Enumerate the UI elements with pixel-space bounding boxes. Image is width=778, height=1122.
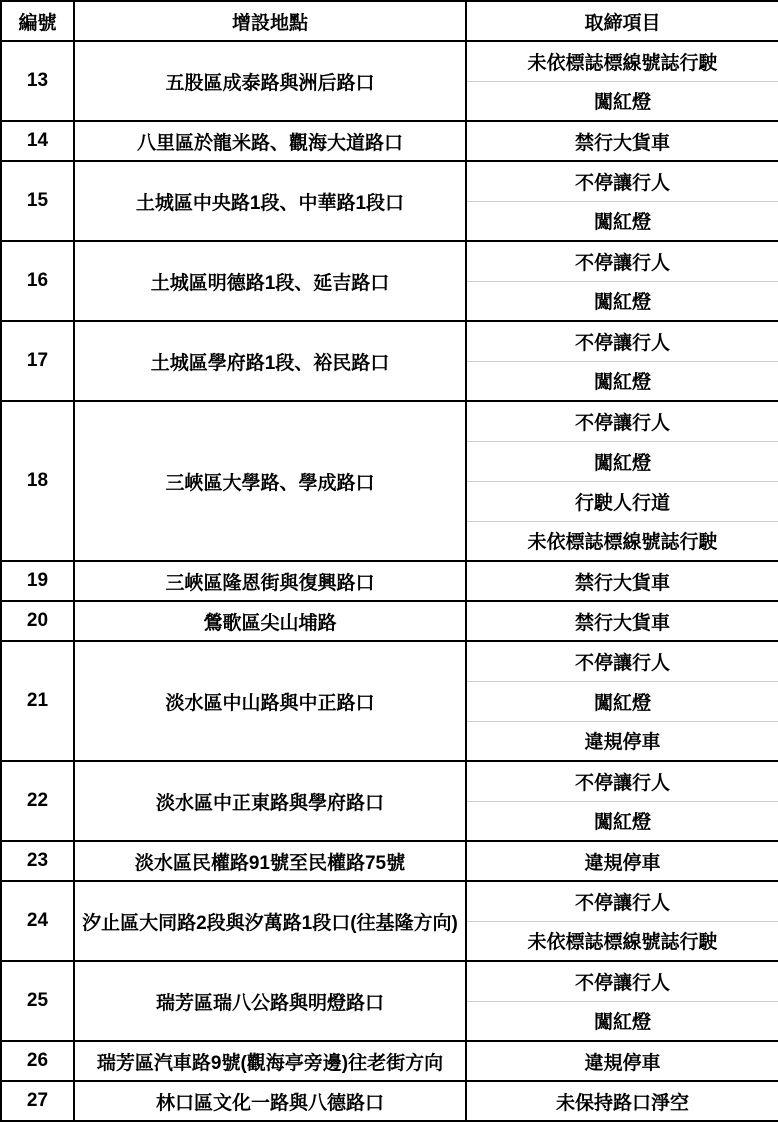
row-number-cell: 17 <box>1 321 74 401</box>
location-cell: 瑞芳區汽車路9號(觀海亭旁邊)往老街方向 <box>74 1041 466 1081</box>
location-cell: 淡水區中正東路與學府路口 <box>74 761 466 841</box>
row-number-cell: 20 <box>1 601 74 641</box>
header-number: 編號 <box>1 1 74 41</box>
row-number-cell: 26 <box>1 1041 74 1081</box>
location-cell: 八里區於龍米路、觀海大道路口 <box>74 121 466 161</box>
location-cell: 汐止區大同路2段與汐萬路1段口(往基隆方向) <box>74 881 466 961</box>
row-number-cell: 23 <box>1 841 74 881</box>
enforcement-item-cell: 未保持路口淨空 <box>466 1081 778 1121</box>
table-row: 25瑞芳區瑞八公路與明燈路口不停讓行人 <box>1 961 778 1001</box>
enforcement-item-cell: 不停讓行人 <box>466 161 778 201</box>
table-row: 23淡水區民權路91號至民權路75號違規停車 <box>1 841 778 881</box>
table-row: 14八里區於龍米路、觀海大道路口禁行大貨車 <box>1 121 778 161</box>
row-number-cell: 18 <box>1 401 74 561</box>
location-cell: 淡水區民權路91號至民權路75號 <box>74 841 466 881</box>
table-row: 24汐止區大同路2段與汐萬路1段口(往基隆方向)不停讓行人 <box>1 881 778 921</box>
enforcement-item-cell: 不停讓行人 <box>466 321 778 361</box>
enforcement-item-cell: 不停讓行人 <box>466 641 778 681</box>
row-number-cell: 16 <box>1 241 74 321</box>
header-enforcement-item: 取締項目 <box>466 1 778 41</box>
enforcement-item-cell: 未依標誌標線號誌行駛 <box>466 921 778 961</box>
table-row: 26瑞芳區汽車路9號(觀海亭旁邊)往老街方向違規停車 <box>1 1041 778 1081</box>
enforcement-item-cell: 不停讓行人 <box>466 881 778 921</box>
enforcement-item-cell: 不停讓行人 <box>466 761 778 801</box>
enforcement-item-cell: 違規停車 <box>466 841 778 881</box>
enforcement-item-cell: 不停讓行人 <box>466 961 778 1001</box>
enforcement-item-cell: 未依標誌標線號誌行駛 <box>466 521 778 561</box>
enforcement-item-cell: 闖紅燈 <box>466 81 778 121</box>
location-cell: 鶯歌區尖山埔路 <box>74 601 466 641</box>
enforcement-item-cell: 不停讓行人 <box>466 401 778 441</box>
enforcement-item-cell: 禁行大貨車 <box>466 601 778 641</box>
row-number-cell: 19 <box>1 561 74 601</box>
location-cell: 三峽區大學路、學成路口 <box>74 401 466 561</box>
table-row: 17土城區學府路1段、裕民路口不停讓行人 <box>1 321 778 361</box>
row-number-cell: 21 <box>1 641 74 761</box>
row-number-cell: 15 <box>1 161 74 241</box>
row-number-cell: 13 <box>1 41 74 121</box>
enforcement-item-cell: 違規停車 <box>466 721 778 761</box>
table-row: 22淡水區中正東路與學府路口不停讓行人 <box>1 761 778 801</box>
row-number-cell: 25 <box>1 961 74 1041</box>
row-number-cell: 27 <box>1 1081 74 1121</box>
location-cell: 土城區明德路1段、延吉路口 <box>74 241 466 321</box>
enforcement-item-cell: 闖紅燈 <box>466 201 778 241</box>
enforcement-item-cell: 未依標誌標線號誌行駛 <box>466 41 778 81</box>
header-location: 增設地點 <box>74 1 466 41</box>
table-row: 21淡水區中山路與中正路口不停讓行人 <box>1 641 778 681</box>
location-cell: 淡水區中山路與中正路口 <box>74 641 466 761</box>
enforcement-item-cell: 闖紅燈 <box>466 681 778 721</box>
table-row: 19三峽區隆恩街與復興路口禁行大貨車 <box>1 561 778 601</box>
location-cell: 林口區文化一路與八德路口 <box>74 1081 466 1121</box>
enforcement-item-cell: 禁行大貨車 <box>466 121 778 161</box>
location-cell: 土城區學府路1段、裕民路口 <box>74 321 466 401</box>
location-cell: 土城區中央路1段、中華路1段口 <box>74 161 466 241</box>
enforcement-item-cell: 闖紅燈 <box>466 1001 778 1041</box>
enforcement-item-cell: 違規停車 <box>466 1041 778 1081</box>
enforcement-item-cell: 行駛人行道 <box>466 481 778 521</box>
enforcement-item-cell: 闖紅燈 <box>466 281 778 321</box>
table-header: 編號 增設地點 取締項目 <box>1 1 778 41</box>
header-row: 編號 增設地點 取締項目 <box>1 1 778 41</box>
document-page: 編號 增設地點 取締項目 13五股區成泰路與洲后路口未依標誌標線號誌行駛闖紅燈1… <box>0 0 778 1121</box>
location-cell: 瑞芳區瑞八公路與明燈路口 <box>74 961 466 1041</box>
location-cell: 三峽區隆恩街與復興路口 <box>74 561 466 601</box>
row-number-cell: 22 <box>1 761 74 841</box>
location-cell: 五股區成泰路與洲后路口 <box>74 41 466 121</box>
table-row: 13五股區成泰路與洲后路口未依標誌標線號誌行駛 <box>1 41 778 81</box>
enforcement-item-cell: 禁行大貨車 <box>466 561 778 601</box>
row-number-cell: 24 <box>1 881 74 961</box>
row-number-cell: 14 <box>1 121 74 161</box>
table-row: 27林口區文化一路與八德路口未保持路口淨空 <box>1 1081 778 1121</box>
enforcement-item-cell: 闖紅燈 <box>466 801 778 841</box>
enforcement-item-cell: 闖紅燈 <box>466 441 778 481</box>
enforcement-item-cell: 不停讓行人 <box>466 241 778 281</box>
table-body: 13五股區成泰路與洲后路口未依標誌標線號誌行駛闖紅燈14八里區於龍米路、觀海大道… <box>1 41 778 1121</box>
enforcement-table: 編號 增設地點 取締項目 13五股區成泰路與洲后路口未依標誌標線號誌行駛闖紅燈1… <box>0 0 778 1122</box>
table-row: 15土城區中央路1段、中華路1段口不停讓行人 <box>1 161 778 201</box>
enforcement-item-cell: 闖紅燈 <box>466 361 778 401</box>
table-row: 16土城區明德路1段、延吉路口不停讓行人 <box>1 241 778 281</box>
table-row: 20鶯歌區尖山埔路禁行大貨車 <box>1 601 778 641</box>
table-row: 18三峽區大學路、學成路口不停讓行人 <box>1 401 778 441</box>
